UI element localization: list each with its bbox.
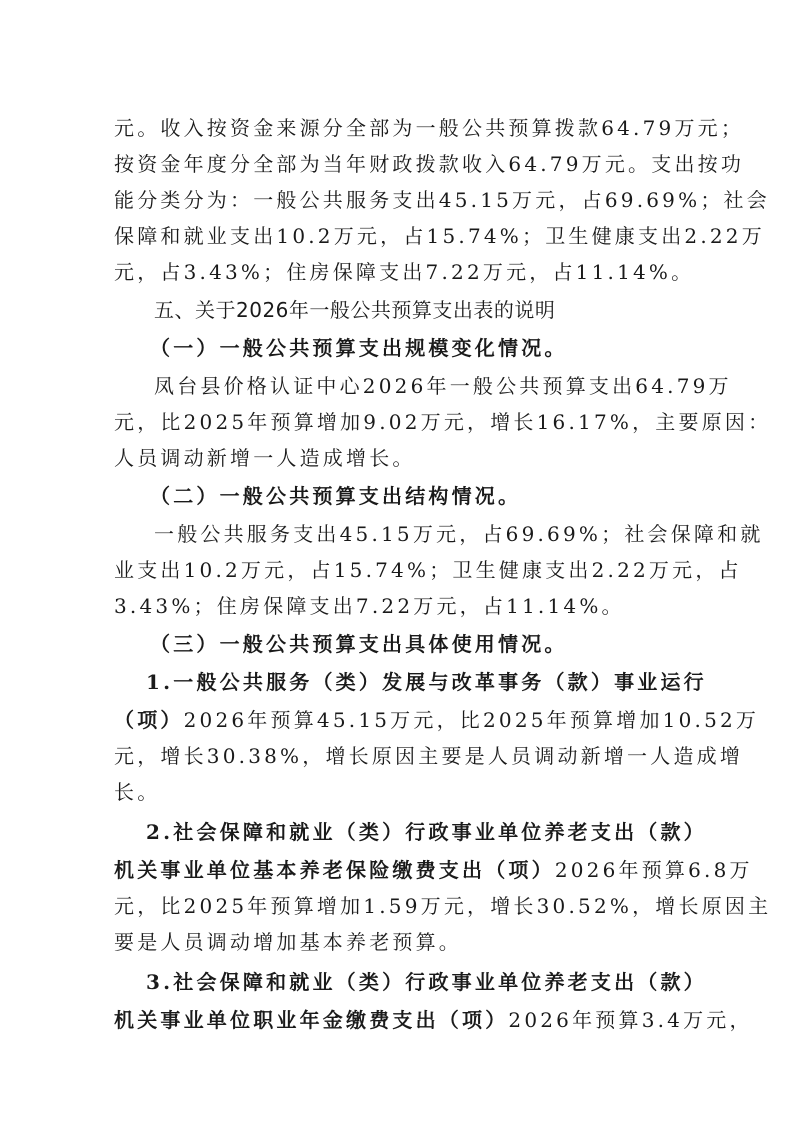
paragraph-line: 元，比2025年预算增加9.02万元，增长16.17%，主要原因： [114,410,684,434]
item-text: 2026年预算6.8万 [555,858,753,882]
item-label: 机关事业单位职业年金缴费支出（项） [114,1008,508,1032]
paragraph-line: 元，比2025年预算增加1.59万元，增长30.52%，增长原因主 [114,894,684,918]
item-heading: 2.社会保障和就业（类）行政事业单位养老支出（款） [146,820,716,844]
paragraph-line: 要是人员调动增加基本养老预算。 [114,930,684,954]
item-label: 机关事业单位基本养老保险缴费支出（项） [114,858,555,882]
paragraph-line: 元，增长30.38%，增长原因主要是人员调动新增一人造成增 [114,744,684,768]
paragraph-line: 人员调动新增一人造成增长。 [114,446,684,470]
paragraph-line: 3.43%；住房保障支出7.22万元，占11.14%。 [114,594,684,618]
item-label: （项） [114,708,184,732]
paragraph-line: 长。 [114,780,684,804]
paragraph-line: 元，占3.43%；住房保障支出7.22万元，占11.14%。 [114,260,684,284]
paragraph-line: 一般公共服务支出45.15万元，占69.69%；社会保障和就 [154,522,724,546]
item-text: 2026年预算45.15万元，比2025年预算增加10.52万 [184,708,760,732]
paragraph-line: 凤台县价格认证中心2026年一般公共预算支出64.79万 [154,374,724,398]
item-heading: 1.一般公共服务（类）发展与改革事务（款）事业运行 [146,670,716,694]
paragraph-line: 业支出10.2万元，占15.74%；卫生健康支出2.22万元，占 [114,558,684,582]
subsection-heading: （三）一般公共预算支出具体使用情况。 [150,632,720,656]
subsection-heading: （一）一般公共预算支出规模变化情况。 [150,336,720,360]
paragraph-line: 机关事业单位职业年金缴费支出（项）2026年预算3.4万元， [114,1008,684,1032]
paragraph-line: 保障和就业支出10.2万元，占15.74%；卫生健康支出2.22万 [114,224,684,248]
paragraph-line: 元。收入按资金来源分全部为一般公共预算拨款64.79万元； [114,116,684,140]
subsection-heading: （二）一般公共预算支出结构情况。 [150,484,720,508]
paragraph-line: 机关事业单位基本养老保险缴费支出（项）2026年预算6.8万 [114,858,684,882]
item-heading: 3.社会保障和就业（类）行政事业单位养老支出（款） [146,970,716,994]
paragraph-line: 按资金年度分全部为当年财政拨款收入64.79万元。支出按功 [114,152,684,176]
item-text: 2026年预算3.4万元， [508,1008,752,1032]
paragraph-line: （项）2026年预算45.15万元，比2025年预算增加10.52万 [114,708,684,732]
paragraph-line: 能分类分为：一般公共服务支出45.15万元，占69.69%；社会 [114,188,684,212]
document-page: 元。收入按资金来源分全部为一般公共预算拨款64.79万元； 按资金年度分全部为当… [0,0,793,1122]
section-title: 五、关于2026年一般公共预算支出表的说明 [154,298,724,322]
